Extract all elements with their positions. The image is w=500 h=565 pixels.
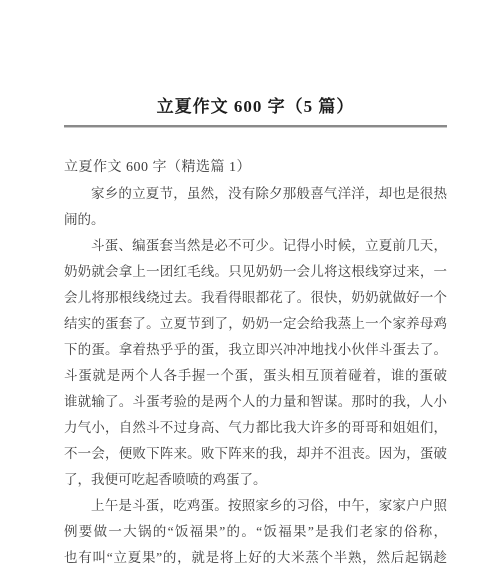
text-line: 奶奶就会拿上一团红毛线。只见奶奶一会儿将这根线穿过来，一 [64, 259, 447, 285]
section-heading: 立夏作文 600 字（精选篇 1） [64, 155, 447, 181]
text-line: 会儿将那根线绕过去。我看得眼都花了。很快，奶奶就做好一个 [64, 285, 447, 311]
document-header: 立夏作文 600 字（5 篇） [64, 94, 447, 125]
title-divider [64, 125, 447, 128]
text-line: 结实的蛋套了。立夏节到了，奶奶一定会给我蒸上一个家养母鸡 [64, 311, 447, 337]
text-line: 例要做一大锅的“饭福果”的。“饭福果”是我们老家的俗称， [64, 519, 447, 545]
text-line: 不一会，便败下阵来。败下阵来的我，却并不沮丧。因为，蛋破 [64, 441, 447, 467]
essay-text: 家乡的立夏节，虽然，没有除夕那般喜气洋洋，却也是很热闹的。斗蛋、编蛋套当然是必不… [64, 181, 447, 565]
text-line: 家乡的立夏节，虽然，没有除夕那般喜气洋洋，却也是很热 [64, 181, 447, 207]
text-line: 斗蛋、编蛋套当然是必不可少。记得小时候，立夏前几天， [64, 233, 447, 259]
text-line: 谁就输了。斗蛋考验的是两个人的力量和智谋。那时的我，人小 [64, 389, 447, 415]
text-line: 斗蛋就是两个人各手握一个蛋，蛋头相互顶着碰着，谁的蛋破了， [64, 363, 447, 389]
text-line: 力气小，自然斗不过身高、气力都比我大许多的哥哥和姐姐们， [64, 415, 447, 441]
text-line: 了，我便可吃起香喷喷的鸡蛋了。 [64, 467, 447, 493]
text-line: 下的蛋。拿着热乎乎的蛋，我立即兴冲冲地找小伙伴斗蛋去了。 [64, 337, 447, 363]
document-title: 立夏作文 600 字（5 篇） [64, 94, 447, 120]
document-page: 立夏作文 600 字（5 篇） 立夏作文 600 字（精选篇 1） 家乡的立夏节… [0, 0, 500, 565]
text-line: 闹的。 [64, 207, 447, 233]
text-line: 也有叫“立夏果”的，就是将上好的大米蒸个半熟，然后起锅趁 [64, 545, 447, 565]
text-line: 上午是斗蛋，吃鸡蛋。按照家乡的习俗，中午，家家户户照 [64, 493, 447, 519]
document-body: 立夏作文 600 字（5 篇） 立夏作文 600 字（精选篇 1） 家乡的立夏节… [64, 0, 447, 565]
